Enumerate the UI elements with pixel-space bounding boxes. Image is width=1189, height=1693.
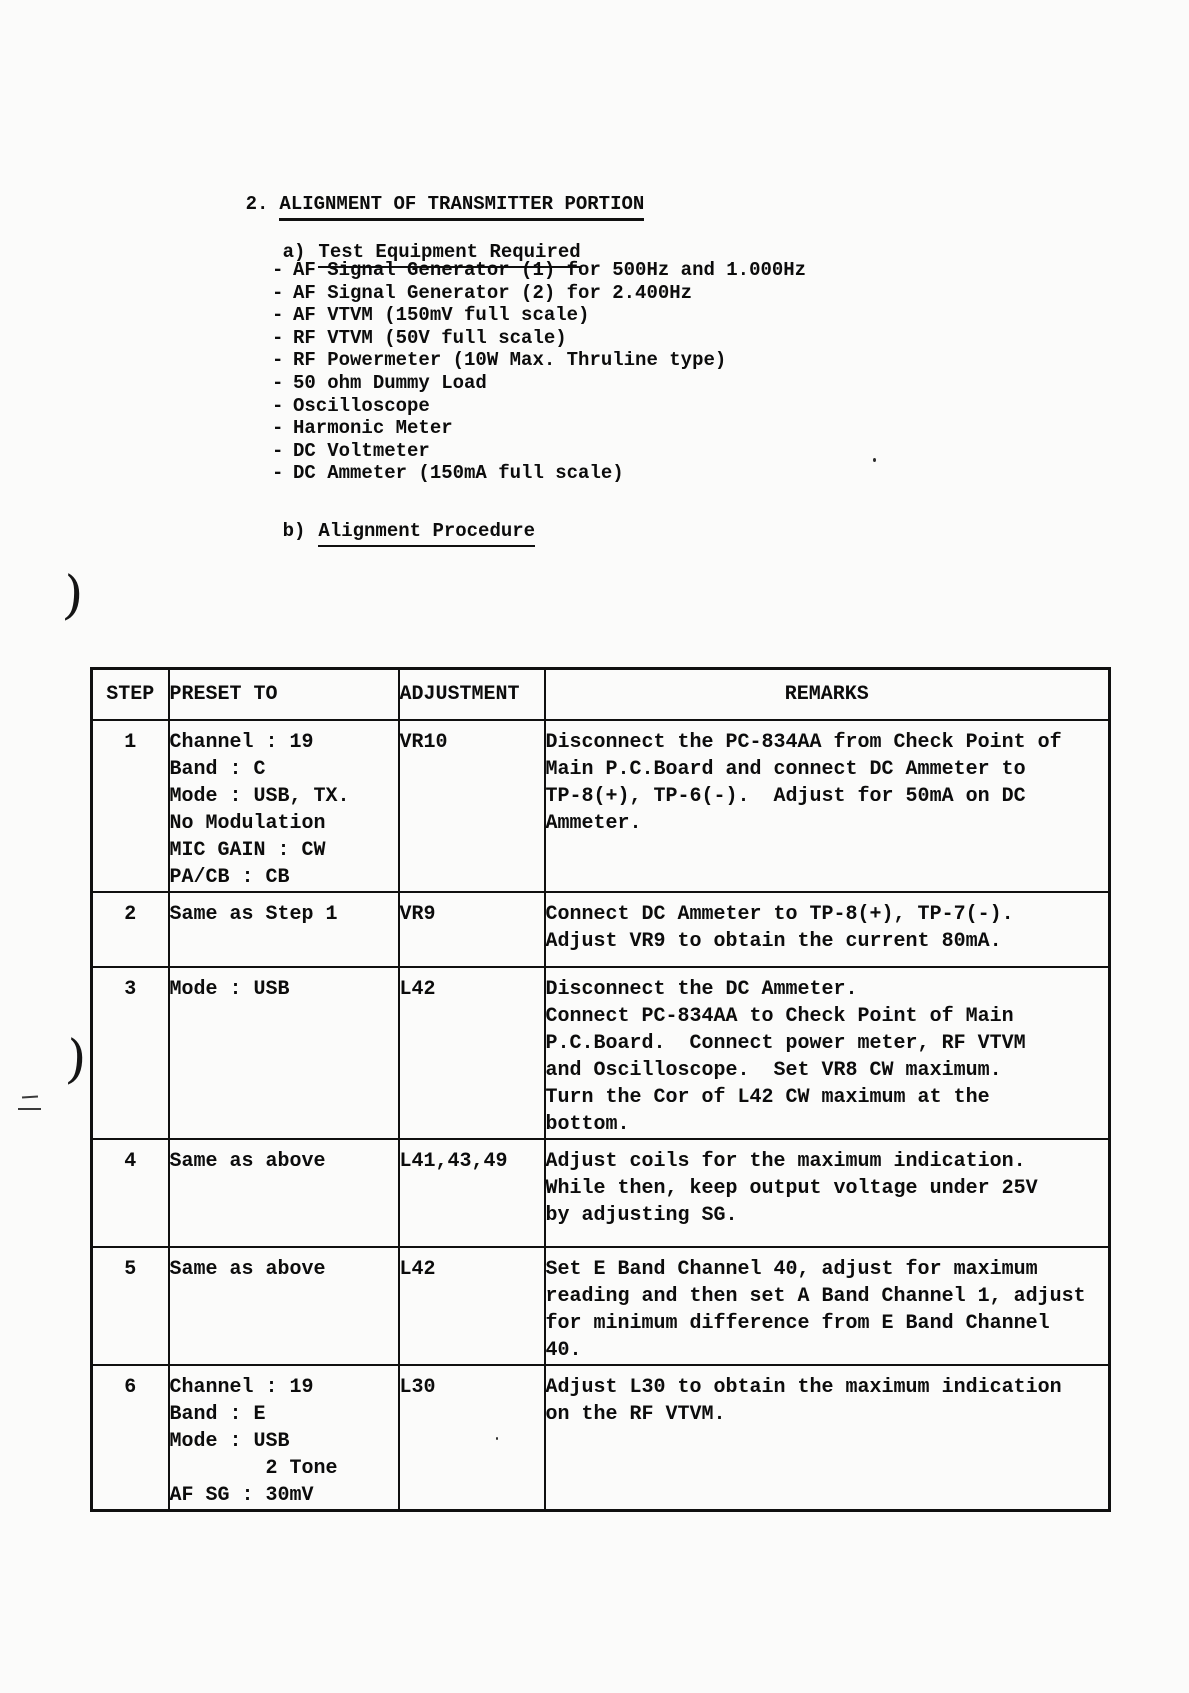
column-header-step: STEP [92, 669, 169, 720]
equipment-item-label: AF VTVM (150mV full scale) [293, 304, 589, 326]
remarks-cell: Set E Band Channel 40, adjust for maximu… [545, 1247, 1110, 1365]
equipment-item-label: DC Voltmeter [293, 440, 430, 462]
column-header-remarks: REMARKS [545, 669, 1110, 720]
equipment-item: -RF VTVM (50V full scale) [272, 327, 806, 350]
table-row: 5Same as aboveL42Set E Band Channel 40, … [92, 1247, 1110, 1365]
adjustment-cell: VR9 [399, 892, 545, 967]
alignment-procedure-table: STEP PRESET TO ADJUSTMENT REMARKS 1Chann… [90, 667, 1111, 1512]
remarks-cell: Adjust L30 to obtain the maximum indicat… [545, 1365, 1110, 1511]
preset-cell: Channel : 19 Band : C Mode : USB, TX. No… [169, 720, 399, 892]
equipment-item-label: Oscilloscope [293, 395, 430, 417]
adjustment-cell: L42 [399, 967, 545, 1139]
section-title: ALIGNMENT OF TRANSMITTER PORTION [279, 193, 644, 221]
equipment-item: -DC Voltmeter [272, 440, 806, 463]
equipment-item: -DC Ammeter (150mA full scale) [272, 462, 806, 485]
step-cell: 4 [92, 1139, 169, 1247]
table-header-row: STEP PRESET TO ADJUSTMENT REMARKS [92, 669, 1110, 720]
preset-cell: Same as above [169, 1247, 399, 1365]
remarks-cell: Connect DC Ammeter to TP-8(+), TP-7(-). … [545, 892, 1110, 967]
section-number: 2. [246, 193, 269, 215]
equipment-item: -Harmonic Meter [272, 417, 806, 440]
equipment-item-label: RF Powermeter (10W Max. Thruline type) [293, 349, 726, 371]
preset-cell: Same as Step 1 [169, 892, 399, 967]
list-dash: - [272, 417, 293, 440]
equipment-item-label: 50 ohm Dummy Load [293, 372, 487, 394]
equipment-list: -AF Signal Generator (1) for 500Hz and 1… [272, 259, 806, 485]
step-cell: 2 [92, 892, 169, 967]
equipment-item: -50 ohm Dummy Load [272, 372, 806, 395]
pen-dash-mark [18, 1108, 41, 1110]
equipment-item: -RF Powermeter (10W Max. Thruline type) [272, 349, 806, 372]
remarks-cell: Disconnect the PC-834AA from Check Point… [545, 720, 1110, 892]
adjustment-cell: L41,43,49 [399, 1139, 545, 1247]
table-row: 3Mode : USBL42Disconnect the DC Ammeter.… [92, 967, 1110, 1139]
table-row: 1Channel : 19 Band : C Mode : USB, TX. N… [92, 720, 1110, 892]
document-page: 2.ALIGNMENT OF TRANSMITTER PORTION a)Tes… [0, 0, 1189, 1693]
subsection-b-label: b) [283, 520, 306, 542]
list-dash: - [272, 349, 293, 372]
preset-cell: Mode : USB [169, 967, 399, 1139]
equipment-item-label: DC Ammeter (150mA full scale) [293, 462, 624, 484]
equipment-item: -AF Signal Generator (2) for 2.400Hz [272, 282, 806, 305]
list-dash: - [272, 259, 293, 282]
table-row: 6Channel : 19 Band : E Mode : USB 2 Tone… [92, 1365, 1110, 1511]
list-dash: - [272, 395, 293, 418]
step-cell: 1 [92, 720, 169, 892]
step-cell: 5 [92, 1247, 169, 1365]
equipment-item: -AF Signal Generator (1) for 500Hz and 1… [272, 259, 806, 282]
equipment-item: -Oscilloscope [272, 395, 806, 418]
subsection-b-title: Alignment Procedure [318, 520, 535, 547]
adjustment-cell: VR10 [399, 720, 545, 892]
equipment-item: -AF VTVM (150mV full scale) [272, 304, 806, 327]
remarks-cell: Disconnect the DC Ammeter. Connect PC-83… [545, 967, 1110, 1139]
list-dash: - [272, 372, 293, 395]
list-dash: - [272, 462, 293, 485]
procedure-table-body: 1Channel : 19 Band : C Mode : USB, TX. N… [92, 720, 1110, 1511]
step-cell: 6 [92, 1365, 169, 1511]
column-header-adjustment: ADJUSTMENT [399, 669, 545, 720]
adjustment-cell: L42 [399, 1247, 545, 1365]
remarks-cell: Adjust coils for the maximum indication.… [545, 1139, 1110, 1247]
column-header-preset-to: PRESET TO [169, 669, 399, 720]
preset-cell: Same as above [169, 1139, 399, 1247]
list-dash: - [272, 282, 293, 305]
subsection-b-heading: b)Alignment Procedure [237, 498, 535, 564]
step-cell: 3 [92, 967, 169, 1139]
list-dash: - [272, 304, 293, 327]
preset-cell: Channel : 19 Band : E Mode : USB 2 Tone … [169, 1365, 399, 1511]
equipment-item-label: AF Signal Generator (2) for 2.400Hz [293, 282, 692, 304]
adjustment-cell: L30 [399, 1365, 545, 1511]
table-row: 2Same as Step 1VR9Connect DC Ammeter to … [92, 892, 1110, 967]
table-row: 4Same as aboveL41,43,49Adjust coils for … [92, 1139, 1110, 1247]
handwritten-paren-mark: ) [64, 1029, 88, 1090]
list-dash: - [272, 327, 293, 350]
list-dash: - [272, 440, 293, 463]
handwritten-paren-mark: ) [61, 565, 85, 626]
pen-dash-mark [22, 1095, 38, 1098]
equipment-item-label: RF VTVM (50V full scale) [293, 327, 567, 349]
scan-speck [873, 458, 876, 462]
equipment-item-label: AF Signal Generator (1) for 500Hz and 1.… [293, 259, 806, 281]
equipment-item-label: Harmonic Meter [293, 417, 453, 439]
